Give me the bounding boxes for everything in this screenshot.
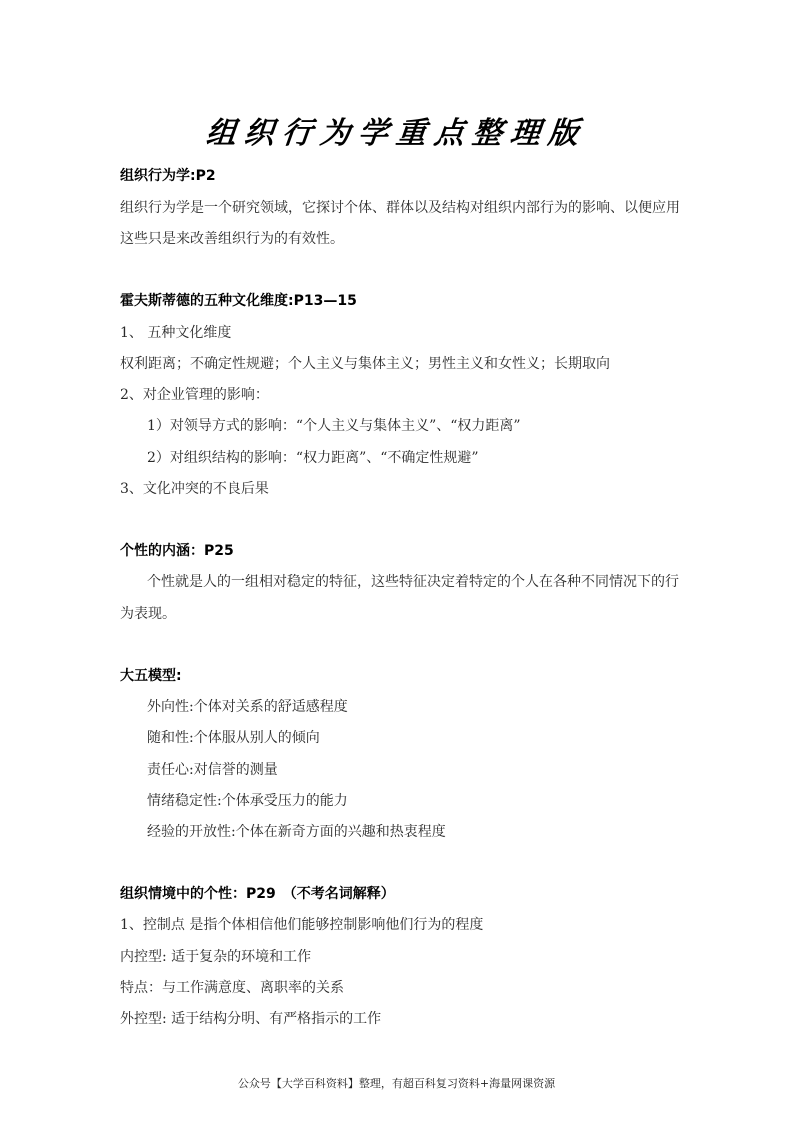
list-item: 1、 五种文化维度 xyxy=(120,322,231,342)
list-item: 情绪稳定性:个体承受压力的能力 xyxy=(147,790,348,810)
list-item: 2、对企业管理的影响： xyxy=(120,384,269,404)
paragraph-line: 内控型: 适于复杂的环境和工作 xyxy=(120,946,311,966)
sub-list-item: 1）对领导方式的影响：“个人主义与集体主义”、“权力距离” xyxy=(147,415,521,435)
section-heading: 大五模型: xyxy=(120,665,182,685)
list-item: 3、文化冲突的不良后果 xyxy=(120,478,269,498)
section-heading: 组织情境中的个性：P29 （不考名词解释） xyxy=(120,883,395,903)
sub-list-item: 2）对组织结构的影响：“权力距离”、“不确定性规避” xyxy=(147,447,479,467)
list-item: 1、控制点 是指个体相信他们能够控制影响他们行为的程度 xyxy=(120,914,483,934)
paragraph-line: 特点：与工作满意度、离职率的关系 xyxy=(120,977,344,997)
paragraph-line: 权利距离；不确定性规避；个人主义与集体主义；男性主义和女性义；长期取向 xyxy=(120,353,610,373)
section-heading: 组织行为学:P2 xyxy=(120,165,216,185)
paragraph-line: 为表现。 xyxy=(120,603,176,623)
list-item: 外向性:个体对关系的舒适感程度 xyxy=(147,696,348,716)
document-title: 组织行为学重点整理版 xyxy=(0,108,793,152)
section-heading: 个性的内涵：P25 xyxy=(120,540,234,560)
list-item: 经验的开放性:个体在新奇方面的兴趣和热衷程度 xyxy=(147,821,446,841)
paragraph-line: 这些只是来改善组织行为的有效性。 xyxy=(120,228,344,248)
paragraph-line: 组织行为学是一个研究领域，它探讨个体、群体以及结构对组织内部行为的影响、以便应用 xyxy=(120,197,680,217)
page-footer: 公众号【大学百科资料】整理，有超百科复习资料+海量网课资源 xyxy=(0,1075,793,1091)
paragraph-line: 外控型: 适于结构分明、有严格指示的工作 xyxy=(120,1008,381,1028)
section-heading: 霍夫斯蒂德的五种文化维度:P13—15 xyxy=(120,290,357,310)
document-page: 组织行为学重点整理版 组织行为学:P2 组织行为学是一个研究领域，它探讨个体、群… xyxy=(0,0,793,1122)
list-item: 随和性:个体服从别人的倾向 xyxy=(147,727,320,747)
paragraph-line: 个性就是人的一组相对稳定的特征，这些特征决定着特定的个人在各种不同情况下的行 xyxy=(147,571,679,591)
list-item: 责任心:对信誉的测量 xyxy=(147,759,278,779)
